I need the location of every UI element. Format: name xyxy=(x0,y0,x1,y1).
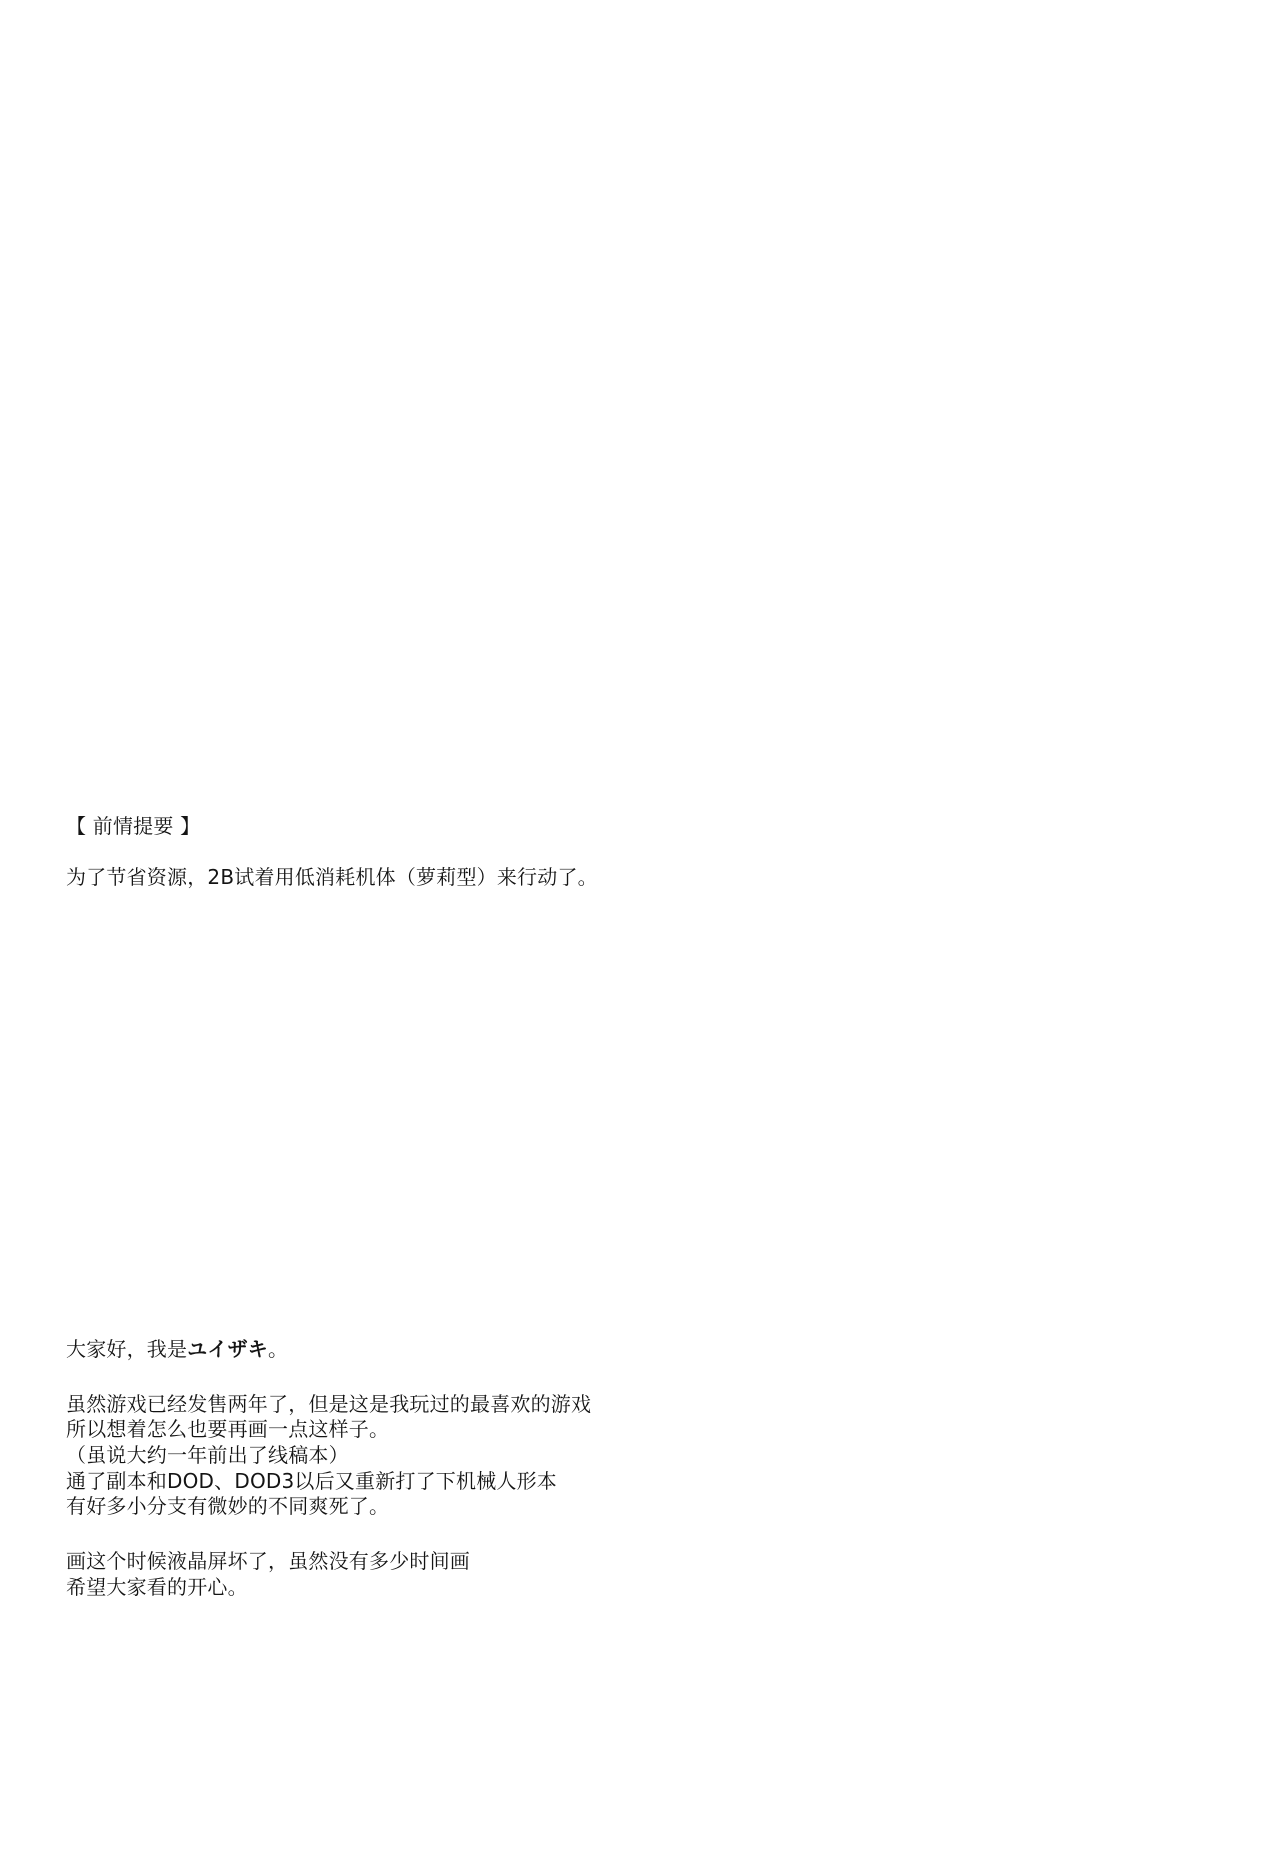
synopsis-heading: 【 前情提要 】 xyxy=(66,813,200,839)
afterword-p1-line-4: 通了副本和DOD、DOD3以后又重新打了下机械人形本 xyxy=(66,1468,557,1494)
afterword-p1-line-5: 有好多小分支有微妙的不同爽死了。 xyxy=(66,1493,389,1519)
afterword-p1-line-2: 所以想着怎么也要再画一点这样子。 xyxy=(66,1416,389,1442)
greeting-suffix: 。 xyxy=(268,1337,288,1361)
synopsis-text: 为了节省资源，2B试着用低消耗机体（萝莉型）来行动了。 xyxy=(66,864,598,890)
greeting-prefix: 大家好，我是 xyxy=(66,1337,187,1361)
document-page: 【 前情提要 】 为了节省资源，2B试着用低消耗机体（萝莉型）来行动了。 大家好… xyxy=(0,0,1280,1868)
afterword-p2-line-1: 画这个时候液晶屏坏了，虽然没有多少时间画 xyxy=(66,1548,470,1574)
afterword-greeting: 大家好，我是ユイザキ。 xyxy=(66,1336,288,1362)
afterword-p1-line-3: （虽说大约一年前出了线稿本） xyxy=(66,1442,349,1468)
afterword-p1-line-1: 虽然游戏已经发售两年了，但是这是我玩过的最喜欢的游戏 xyxy=(66,1391,591,1417)
author-name: ユイザキ xyxy=(187,1337,268,1361)
afterword-p2-line-2: 希望大家看的开心。 xyxy=(66,1574,248,1600)
